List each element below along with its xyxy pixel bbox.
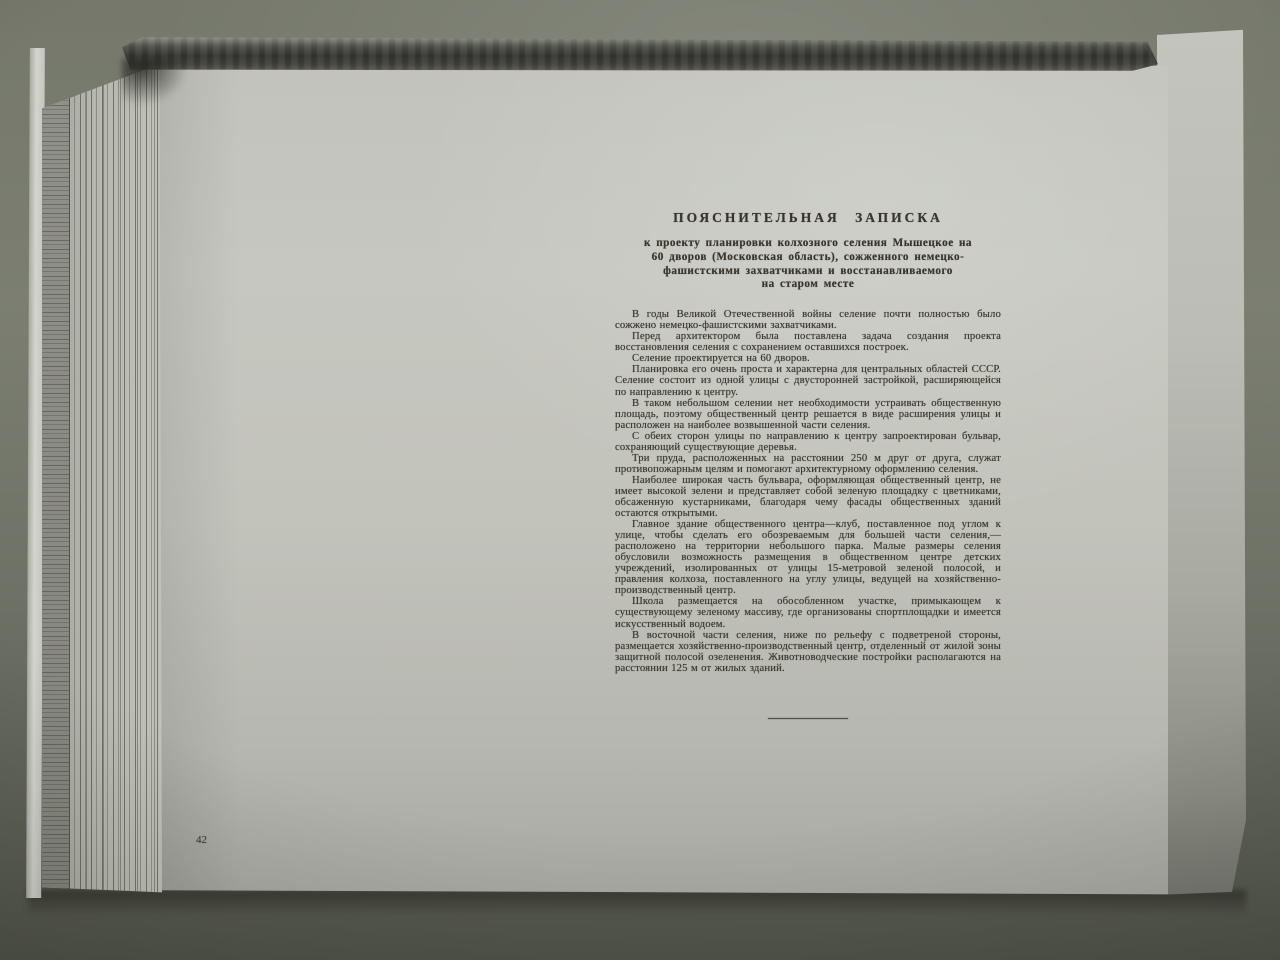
paragraph: Планировка его очень проста и характерна… bbox=[615, 364, 1001, 397]
text-column: ПОЯСНИТЕЛЬНАЯ ЗАПИСКА к проекту планиров… bbox=[615, 210, 1001, 719]
section-divider bbox=[768, 718, 848, 719]
book-page: ПОЯСНИТЕЛЬНАЯ ЗАПИСКА к проекту планиров… bbox=[138, 62, 1168, 896]
subtitle-line-2: 60 дворов (Московская область), сожженно… bbox=[615, 251, 1001, 265]
paragraph: Перед архитектором была поставлена задач… bbox=[615, 331, 1001, 353]
page-stack-edges bbox=[42, 60, 162, 894]
subtitle-line-3: фашистскими захватчиками и восстанавлива… bbox=[615, 265, 1001, 279]
page-stack-lines bbox=[69, 60, 162, 894]
page-subtitle: к проекту планировки колхозного селения … bbox=[615, 237, 1001, 292]
paragraph: В таком небольшом селении нет необходимо… bbox=[615, 398, 1001, 431]
photo-background: ПОЯСНИТЕЛЬНАЯ ЗАПИСКА к проекту планиров… bbox=[0, 0, 1280, 960]
paragraph: Наиболее широкая часть бульвара, оформля… bbox=[615, 475, 1001, 519]
book-top-edge-shadow bbox=[122, 58, 188, 106]
page-body: В годы Великой Отечественной войны селен… bbox=[615, 309, 1001, 674]
subtitle-line-1: к проекту планировки колхозного селения … bbox=[615, 237, 1001, 251]
paragraph: Три пруда, расположенных на расстоянии 2… bbox=[615, 453, 1001, 475]
paragraph: В годы Великой Отечественной войны селен… bbox=[615, 309, 1001, 331]
page-stack-inner-edge bbox=[42, 60, 69, 894]
page-title: ПОЯСНИТЕЛЬНАЯ ЗАПИСКА bbox=[615, 210, 1001, 226]
paragraph: В восточной части селения, ниже по релье… bbox=[615, 630, 1001, 674]
paragraph: С обеих сторон улицы по направлению к це… bbox=[615, 431, 1001, 453]
subtitle-line-4: на старом месте bbox=[615, 278, 1001, 292]
paragraph: Школа размещается на обособленном участк… bbox=[615, 596, 1001, 629]
paragraph: Главное здание общественного центра—клуб… bbox=[615, 519, 1001, 596]
book-top-edge bbox=[122, 37, 1158, 71]
page-number: 42 bbox=[196, 834, 207, 846]
